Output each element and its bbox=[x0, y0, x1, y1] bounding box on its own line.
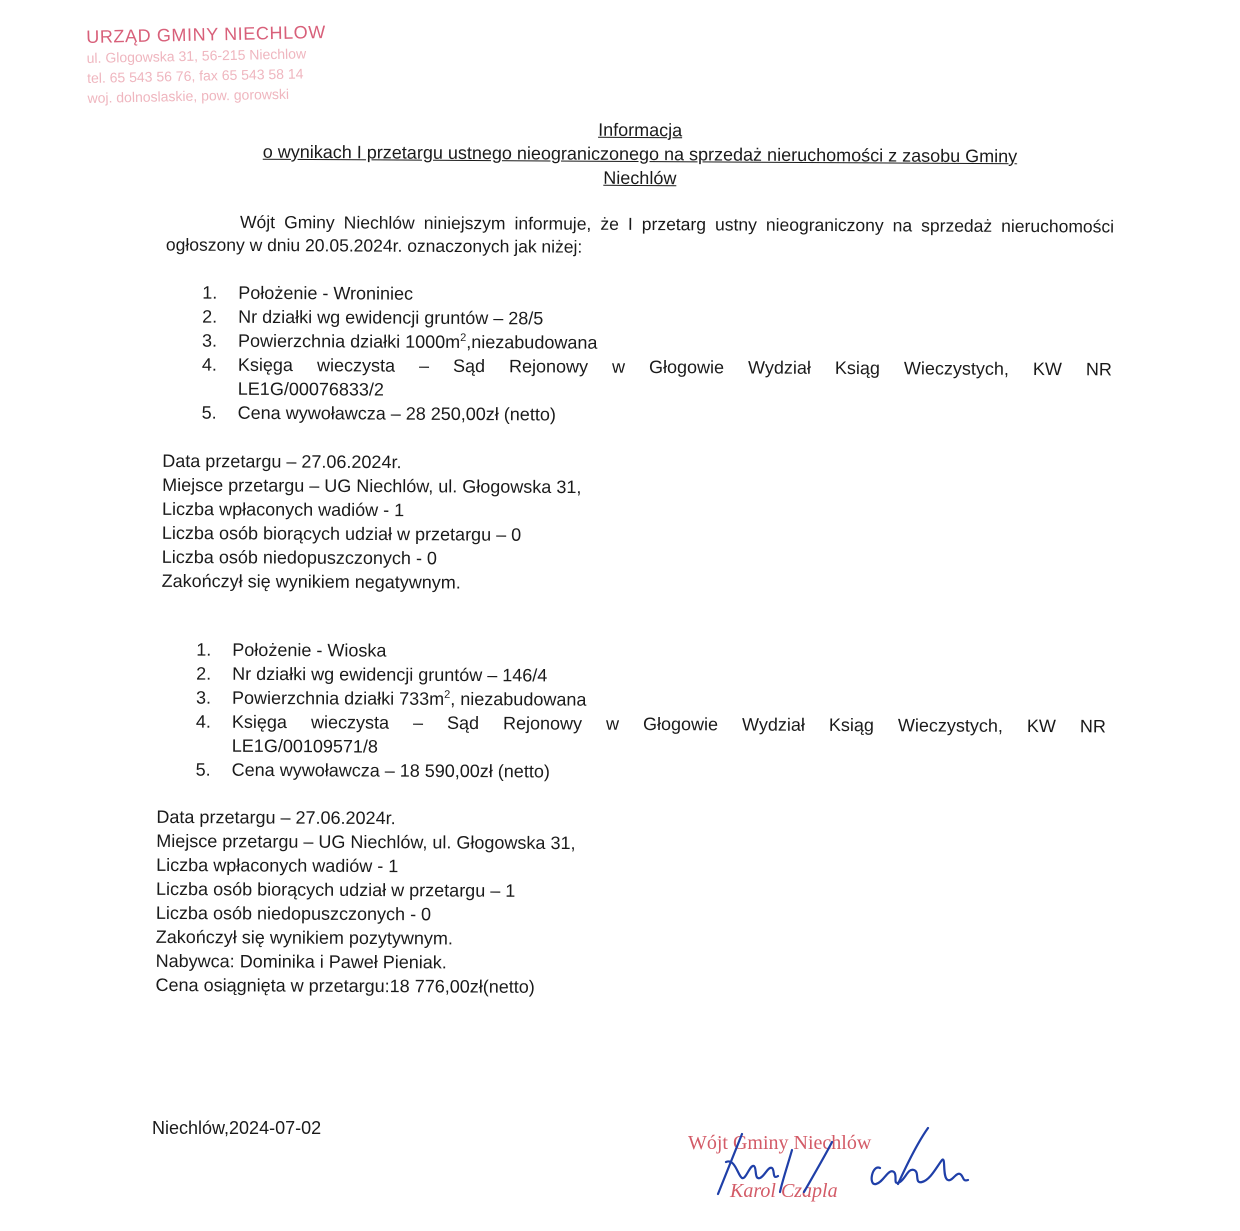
area-text: Powierzchnia działki 1000m bbox=[238, 331, 460, 352]
area-text: Powierzchnia działki 733m bbox=[232, 688, 444, 709]
intro-text: Wójt Gminy Niechlów niniejszym informuje… bbox=[166, 212, 1114, 257]
title-subtitle-line2: Niechlów bbox=[603, 168, 676, 188]
list-number: 1. bbox=[202, 281, 238, 305]
list-number: 2. bbox=[196, 662, 232, 686]
rejected-count: Liczba osób niedopuszczonych - 0 bbox=[162, 545, 581, 571]
intro-paragraph: Wójt Gminy Niechlów niniejszym informuje… bbox=[166, 211, 1114, 262]
auction-result: Zakończył się wynikiem negatywnym. bbox=[162, 569, 581, 595]
participants-count: Liczba osób biorących udział w przetargu… bbox=[156, 877, 575, 903]
auction-date: Data przetargu – 27.06.2024r. bbox=[162, 449, 581, 475]
list-item: 4. Księga wieczysta – Sąd Rejonowy w Gło… bbox=[196, 710, 1106, 763]
list-item: 5. Cena wywoławcza – 18 590,00zł (netto) bbox=[196, 758, 1106, 787]
place-and-date: Niechlów,2024-07-02 bbox=[152, 1118, 321, 1139]
signature-block: Wójt Gminy Niechlów Karol Czapla bbox=[680, 1120, 1000, 1220]
list-number: 3. bbox=[202, 329, 238, 353]
participants-count: Liczba osób biorących udział w przetargu… bbox=[162, 521, 581, 547]
list-number: 5. bbox=[196, 758, 232, 782]
rejected-count: Liczba osób niedopuszczonych - 0 bbox=[156, 901, 575, 927]
list-number: 4. bbox=[202, 353, 238, 401]
document-title: Informacja o wynikach I przetargu ustneg… bbox=[195, 115, 1085, 192]
buyer: Nabywca: Dominika i Paweł Pieniak. bbox=[156, 949, 575, 975]
auction-result: Zakończył się wynikiem pozytywnym. bbox=[156, 925, 575, 951]
list-item: 5. Cena wywoławcza – 28 250,00zł (netto) bbox=[202, 401, 1112, 430]
property-2-details: Data przetargu – 27.06.2024r. Miejsce pr… bbox=[156, 805, 576, 999]
list-number: 1. bbox=[196, 638, 232, 662]
auction-place: Miejsce przetargu – UG Niechlów, ul. Gło… bbox=[162, 473, 581, 499]
list-number: 5. bbox=[202, 401, 238, 425]
list-number: 4. bbox=[196, 710, 232, 758]
handwritten-signature-icon bbox=[680, 1120, 1000, 1220]
list-number: 3. bbox=[196, 686, 232, 710]
property-1-details: Data przetargu – 27.06.2024r. Miejsce pr… bbox=[162, 449, 582, 595]
list-item: 4. Księga wieczysta – Sąd Rejonowy w Gło… bbox=[202, 353, 1112, 406]
area-suffix: , niezabudowana bbox=[450, 689, 586, 710]
auction-place: Miejsce przetargu – UG Niechlów, ul. Gło… bbox=[156, 829, 575, 855]
property-2-list: 1. Położenie - Wioska 2. Nr działki wg e… bbox=[196, 638, 1107, 787]
deposits-count: Liczba wpłaconych wadiów - 1 bbox=[162, 497, 581, 523]
list-text: Cena wywoławcza – 28 250,00zł (netto) bbox=[238, 401, 1112, 430]
final-price: Cena osiągnięta w przetargu:18 776,00zł(… bbox=[156, 973, 575, 999]
list-text: Księga wieczysta – Sąd Rejonowy w Głogow… bbox=[232, 710, 1106, 763]
auction-date: Data przetargu – 27.06.2024r. bbox=[156, 805, 575, 831]
deposits-count: Liczba wpłaconych wadiów - 1 bbox=[156, 853, 575, 879]
title-heading: Informacja bbox=[598, 120, 682, 141]
office-stamp: URZĄD GMINY NIECHLOW ul. Glogowska 31, 5… bbox=[86, 20, 368, 108]
property-1-list: 1. Położenie - Wroniniec 2. Nr działki w… bbox=[202, 281, 1113, 430]
area-suffix: ,niezabudowana bbox=[466, 332, 597, 353]
title-subtitle-line1: o wynikach I przetargu ustnego nieograni… bbox=[263, 142, 1018, 167]
list-text: Księga wieczysta – Sąd Rejonowy w Głogow… bbox=[238, 353, 1112, 406]
list-number: 2. bbox=[202, 305, 238, 329]
list-text: Cena wywoławcza – 18 590,00zł (netto) bbox=[232, 758, 1106, 787]
